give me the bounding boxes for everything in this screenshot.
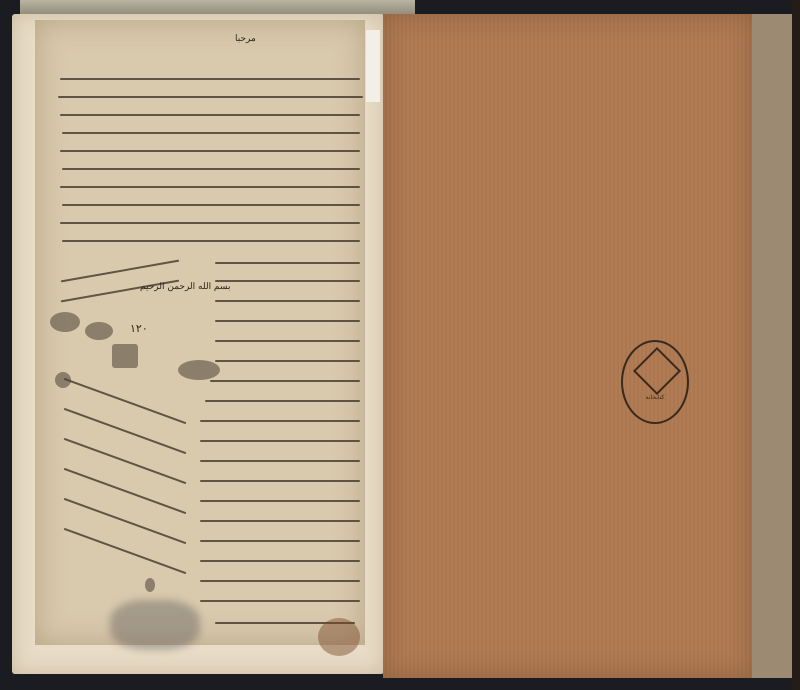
cover-edge: [792, 0, 800, 690]
paper-tab: [366, 30, 380, 102]
stamp-emblem-icon: [633, 347, 681, 395]
marginal-number: ١٢٠: [130, 322, 148, 335]
brown-flyleaf: [383, 14, 753, 678]
header-note: مرحبا: [235, 34, 256, 44]
water-stain: [318, 618, 360, 656]
stamp-text: کتابخانه: [639, 394, 671, 401]
grey-paper-strip: [752, 14, 794, 678]
library-stamp-icon: کتابخانه: [621, 340, 689, 424]
manuscript-photo: مرحبا ١٢٠ بسم الله الرحمن الرحیم: [0, 0, 800, 690]
ink-smudge: [110, 600, 200, 650]
